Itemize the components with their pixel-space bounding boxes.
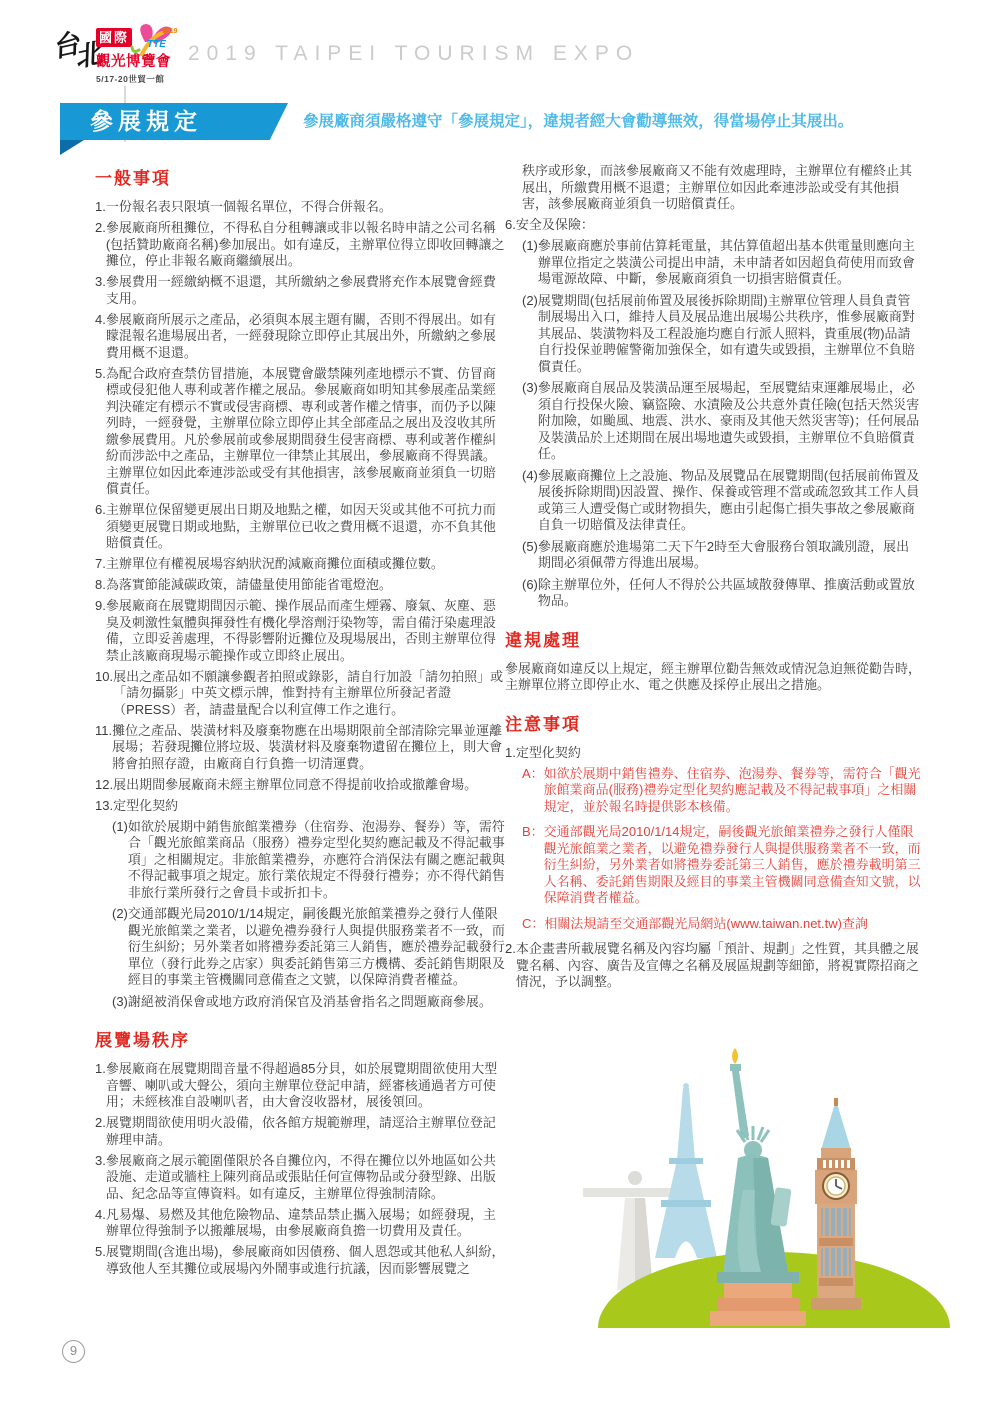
item-text: 參展廠商所租攤位，不得私自分租轉讓或非以報名時申請之公司名稱(包括贊助廠商名稱)…	[106, 220, 508, 270]
list-item: 4. 參展廠商所展示之產品，必須與本展主題有關，否則不得展出。如有矇混報名進場展…	[95, 312, 508, 362]
list-item: 1. 定型化契約	[505, 745, 921, 762]
page-number: 9	[62, 1340, 85, 1363]
sub-item-text: 參展廠商應於事前估算耗電量，其估算值超出基本供電量則應向主辦單位指定之裝潢公司提…	[538, 238, 921, 288]
expo-title-english: 2019 TAIPEI TOURISM EXPO	[188, 42, 639, 66]
sub-list-item: (3) 參展廠商自展品及裝潢品運至展場起，至展覽結束運離展場止，必須自行投保火險…	[522, 380, 921, 463]
list-item: 13. 定型化契約	[95, 798, 508, 815]
list-item: 1. 一份報名表只限填一個報名單位，不得合併報名。	[95, 199, 508, 216]
sub-item-number: (6)	[522, 577, 538, 610]
item-text: 展出期間參展廠商未經主辦單位同意不得提前收拾或撤離會場。	[113, 777, 508, 794]
list-item: 3. 參展費用一經繳納概不退還，其所繳納之參展費將充作本展覽會經費支用。	[95, 274, 508, 307]
sub-list-item: (3) 謝絕被消保會或地方政府消保官及消基會指名之問題廠商參展。	[112, 994, 508, 1011]
landmarks-illustration	[583, 1040, 955, 1335]
item-number: 5.	[95, 1244, 106, 1277]
sub-item-text: 展覽期間(包括展前佈置及展後拆除期間)主辦單位管理人員負責管制展場出入口，維持人…	[538, 293, 921, 376]
sub-list-item: (1) 參展廠商應於事前估算耗電量，其估算值超出基本供電量則應向主辦單位指定之裝…	[522, 238, 921, 288]
sub-item-text: 參展廠商自展品及裝潢品運至展場起，至展覽結束運離展場止，必須自行投保火險、竊盜險…	[538, 380, 921, 463]
item-text: 參展廠商在展覽期間音量不得超過85分貝，如於展覽期間欲使用大型音響、喇叭或大聲公…	[106, 1061, 508, 1111]
item-number: 1.	[505, 745, 516, 762]
sub-item-number: (3)	[522, 380, 538, 463]
sub-item-number: (4)	[522, 468, 538, 534]
sub-item-number: (1)	[522, 238, 538, 288]
item-number: 11.	[95, 723, 112, 773]
sub-item-number: A：	[522, 766, 544, 816]
sub-list-item: (5) 參展廠商應於進場第二天下午2時至大會服務台領取識別證，展出期間必須佩帶方…	[522, 539, 921, 572]
item-number: 3.	[95, 1153, 106, 1203]
sub-list-item: (2) 展覽期間(包括展前佈置及展後拆除期間)主辦單位管理人員負責管制展場出入口…	[522, 293, 921, 376]
sub-item-text: 參展廠商應於進場第二天下午2時至大會服務台領取識別證，展出期間必須佩帶方得進出展…	[538, 539, 921, 572]
item-number: 6.	[95, 502, 106, 552]
banner-subtitle: 參展廠商須嚴格遵守「參展規定」，違規者經大會勸導無效，得當場停止其展出。	[303, 111, 878, 133]
sub-item-text: 除主辦單位外，任何人不得於公共區域散發傳單、推廣活動或置放物品。	[538, 577, 921, 610]
item-number: 1.	[95, 1061, 106, 1111]
list-item: 6. 主辦單位保留變更展出日期及地點之權，如因天災或其他不可抗力而須變更展覽日期…	[95, 502, 508, 552]
sub-item-text: 相關法規請至交通部觀光局網站(www.taiwan.net.tw)查詢	[544, 916, 921, 933]
item-text: 為配合政府查禁仿冒措施，本展覽會嚴禁陳列產地標示不實、仿冒商標或侵犯他人專利或著…	[106, 366, 508, 498]
sub-item-text: 謝絕被消保會或地方政府消保官及消基會指名之問題廠商參展。	[128, 994, 508, 1011]
item-text: 參展廠商之展示範圍僅限於各自攤位內，不得在攤位以外地區如公共設施、走道或牆柱上陳…	[106, 1153, 508, 1203]
sub-list-item: (4) 參展廠商攤位上之設施、物品及展覽品在展覽期間(包括展前佈置及展後拆除期間…	[522, 468, 921, 534]
item-text: 參展廠商在展覽期間因示範、操作展品而產生煙霧、廢氣、灰塵、惡臭及刺激性氣體與揮發…	[106, 598, 508, 664]
sub-item-text: 如欲於展期中銷售旅館業禮券（住宿券、泡湯券、餐券）等，需符合「觀光旅館業商品（服…	[128, 819, 508, 902]
item-number: 12.	[95, 777, 113, 794]
section-heading: 展覽場秩序	[95, 1030, 508, 1052]
item-text: 展覽期間欲使用明火設備，依各館方規範辦理，請逕洽主辦單位登記辦理申請。	[106, 1115, 508, 1148]
column-left: 一般事項 1. 一份報名表只限填一個報名單位，不得合併報名。 2. 參展廠商所租…	[95, 168, 508, 1282]
item-number: 2.	[505, 941, 516, 991]
list-item: 5. 為配合政府查禁仿冒措施，本展覽會嚴禁陳列產地標示不實、仿冒商標或侵犯他人專…	[95, 366, 508, 498]
section-ribbon: 參展規定	[60, 103, 288, 140]
item-text: 攤位之產品、裝潢材料及廢棄物應在出場期限前全部清除完畢並運離展場；若發現攤位將垃…	[112, 723, 508, 773]
section-heading: 違規處理	[505, 630, 921, 652]
sub-list-item: (2) 交通部觀光局2010/1/14規定，嗣後觀光旅館業禮券之發行人僅限觀光旅…	[112, 906, 508, 989]
logo-dates: 5/17-20世貿一館	[96, 73, 186, 85]
item-text: 一份報名表只限填一個報名單位，不得合併報名。	[106, 199, 508, 216]
item-number: 7.	[95, 556, 106, 573]
item-number: 5.	[95, 366, 106, 498]
item-text: 秩序或形象，而該參展廠商又不能有效處理時，主辦單位有權終止其展出，所繳費用概不退…	[522, 163, 921, 213]
sub-list: A： 如欲於展期中銷售禮券、住宿券、泡湯券、餐券等，需符合「觀光旅館業商品(服務…	[522, 766, 921, 933]
item-text: 展出之產品如不願讓參觀者拍照或錄影，請自行加設「請勿拍照」或「請勿攝影」中英文標…	[113, 669, 508, 719]
sub-item-text: 參展廠商攤位上之設施、物品及展覽品在展覽期間(包括展前佈置及展後拆除期間)因設置…	[538, 468, 921, 534]
statue-of-liberty-icon	[710, 1048, 806, 1326]
item-text: 參展廠商所展示之產品，必須與本展主題有關，否則不得展出。如有矇混報名進場展出者，…	[106, 312, 508, 362]
item-number: 2.	[95, 1115, 106, 1148]
svg-text:2019: 2019	[162, 28, 178, 35]
list-item: 3. 參展廠商之展示範圍僅限於各自攤位內，不得在攤位以外地區如公共設施、走道或牆…	[95, 1153, 508, 1203]
ribbon-fold	[60, 140, 84, 155]
sub-item-number: (1)	[112, 819, 128, 902]
column-right: 秩序或形象，而該參展廠商又不能有效處理時，主辦單位有權終止其展出，所繳費用概不退…	[505, 163, 921, 995]
svg-text:TTE: TTE	[147, 39, 166, 50]
section-heading: 一般事項	[95, 168, 508, 190]
sub-list-item: C： 相關法規請至交通部觀光局網站(www.taiwan.net.tw)查詢	[522, 916, 921, 933]
item-text: 本企畫書所載展覽名稱及內容均屬「預計、規劃」之性質，其具體之展覽名稱、內容、廣告…	[516, 941, 921, 991]
list-item: 4. 凡易爆、易燃及其他危險物品、違禁品禁止攜入展場；如經發現，主辦單位得強制予…	[95, 1207, 508, 1240]
item-text: 定型化契約	[516, 745, 921, 762]
sub-list: (1) 如欲於展期中銷售旅館業禮券（住宿券、泡湯券、餐券）等，需符合「觀光旅館業…	[112, 819, 508, 1011]
sub-item-text: 交通部觀光局2010/1/14規定，嗣後觀光旅館業禮券之發行人僅限觀光旅館業之業…	[544, 824, 921, 907]
butterfly-icon: 2019 TTE	[130, 22, 182, 60]
item-number: 4.	[95, 312, 106, 362]
list-item: 參展廠商如違反以上規定，經主辦單位勸告無效或情況急迫無從勸告時，主辦單位將立即停…	[505, 661, 921, 694]
list-item: 5. 展覽期間(含進出場)，參展廠商如因債務、個人恩怨或其他私人糾紛，導致他人至…	[95, 1244, 508, 1277]
sub-item-number: (2)	[522, 293, 538, 376]
list-item: 2. 展覽期間欲使用明火設備，依各館方規範辦理，請逕洽主辦單位登記辦理申請。	[95, 1115, 508, 1148]
list-item: 秩序或形象，而該參展廠商又不能有效處理時，主辦單位有權終止其展出，所繳費用概不退…	[522, 163, 921, 213]
item-text: 定型化契約	[113, 798, 508, 815]
sub-list-item: B： 交通部觀光局2010/1/14規定，嗣後觀光旅館業禮券之發行人僅限觀光旅館…	[522, 824, 921, 907]
item-text: 展覽期間(含進出場)，參展廠商如因債務、個人恩怨或其他私人糾紛，導致他人至其攤位…	[106, 1244, 508, 1277]
item-text: 主辦單位有權視展場容納狀況酌減廠商攤位面積或攤位數。	[106, 556, 508, 573]
list-item: 9. 參展廠商在展覽期間因示範、操作展品而產生煙霧、廢氣、灰塵、惡臭及刺激性氣體…	[95, 598, 508, 664]
expo-logo: 台北 國際 2019 TTE 觀光博覽會 5/17-20世貿一館	[52, 26, 187, 94]
list-item: 12. 展出期間參展廠商未經主辦單位同意不得提前收拾或撤離會場。	[95, 777, 508, 794]
item-number: 9.	[95, 598, 106, 664]
item-text: 參展費用一經繳納概不退還，其所繳納之參展費將充作本展覽會經費支用。	[106, 274, 508, 307]
item-text: 安全及保險：	[516, 217, 921, 234]
item-number: 10.	[95, 669, 113, 719]
sub-list-item: (1) 如欲於展期中銷售旅館業禮券（住宿券、泡湯券、餐券）等，需符合「觀光旅館業…	[112, 819, 508, 902]
item-number: 1.	[95, 199, 106, 216]
sub-item-number: (5)	[522, 539, 538, 572]
list-item: 2. 參展廠商所租攤位，不得私自分租轉讓或非以報名時申請之公司名稱(包括贊助廠商…	[95, 220, 508, 270]
logo-international-label: 國際	[96, 28, 132, 47]
list-item: 6. 安全及保險：	[505, 217, 921, 234]
item-number: 8.	[95, 577, 106, 594]
eiffel-tower-icon	[655, 1083, 717, 1258]
sub-list-item: (6) 除主辦單位外，任何人不得於公共區域散發傳單、推廣活動或置放物品。	[522, 577, 921, 610]
item-number: 13.	[95, 798, 113, 815]
sub-item-number: (3)	[112, 994, 128, 1011]
sub-list-item: A： 如欲於展期中銷售禮券、住宿券、泡湯券、餐券等，需符合「觀光旅館業商品(服務…	[522, 766, 921, 816]
sub-item-number: B：	[522, 824, 544, 907]
big-ben-icon	[811, 1098, 861, 1310]
list-item: 11. 攤位之產品、裝潢材料及廢棄物應在出場期限前全部清除完畢並運離展場；若發現…	[95, 723, 508, 773]
sub-item-text: 交通部觀光局2010/1/14規定，嗣後觀光旅館業禮券之發行人僅限觀光旅館業之業…	[128, 906, 508, 989]
item-number: 2.	[95, 220, 106, 270]
item-number: 4.	[95, 1207, 106, 1240]
list-item: 2. 本企畫書所載展覽名稱及內容均屬「預計、規劃」之性質，其具體之展覽名稱、內容…	[505, 941, 921, 991]
list-item: 7. 主辦單位有權視展場容納狀況酌減廠商攤位面積或攤位數。	[95, 556, 508, 573]
item-number: 6.	[505, 217, 516, 234]
list-item: 10. 展出之產品如不願讓參觀者拍照或錄影，請自行加設「請勿拍照」或「請勿攝影」…	[95, 669, 508, 719]
item-text: 為落實節能減碳政策，請儘量使用節能省電燈泡。	[106, 577, 508, 594]
item-text: 參展廠商如違反以上規定，經主辦單位勸告無效或情況急迫無從勸告時，主辦單位將立即停…	[505, 661, 921, 694]
list-item: 8. 為落實節能減碳政策，請儘量使用節能省電燈泡。	[95, 577, 508, 594]
page: 台北 國際 2019 TTE 觀光博覽會 5/17-20世貿一館 2019 TA…	[0, 0, 993, 1404]
sub-list: (1) 參展廠商應於事前估算耗電量，其估算值超出基本供電量則應向主辦單位指定之裝…	[522, 238, 921, 610]
item-number: 3.	[95, 274, 106, 307]
section-heading: 注意事項	[505, 714, 921, 736]
sub-item-number: C：	[522, 916, 544, 933]
sub-item-text: 如欲於展期中銷售禮券、住宿券、泡湯券、餐券等，需符合「觀光旅館業商品(服務)禮券…	[544, 766, 921, 816]
item-text: 主辦單位保留變更展出日期及地點之權，如因天災或其他不可抗力而須變更展覽日期或地點…	[106, 502, 508, 552]
item-text: 凡易爆、易燃及其他危險物品、違禁品禁止攜入展場；如經發現，主辦單位得強制予以搬離…	[106, 1207, 508, 1240]
sub-item-number: (2)	[112, 906, 128, 989]
list-item: 1. 參展廠商在展覽期間音量不得超過85分貝，如於展覽期間欲使用大型音響、喇叭或…	[95, 1061, 508, 1111]
